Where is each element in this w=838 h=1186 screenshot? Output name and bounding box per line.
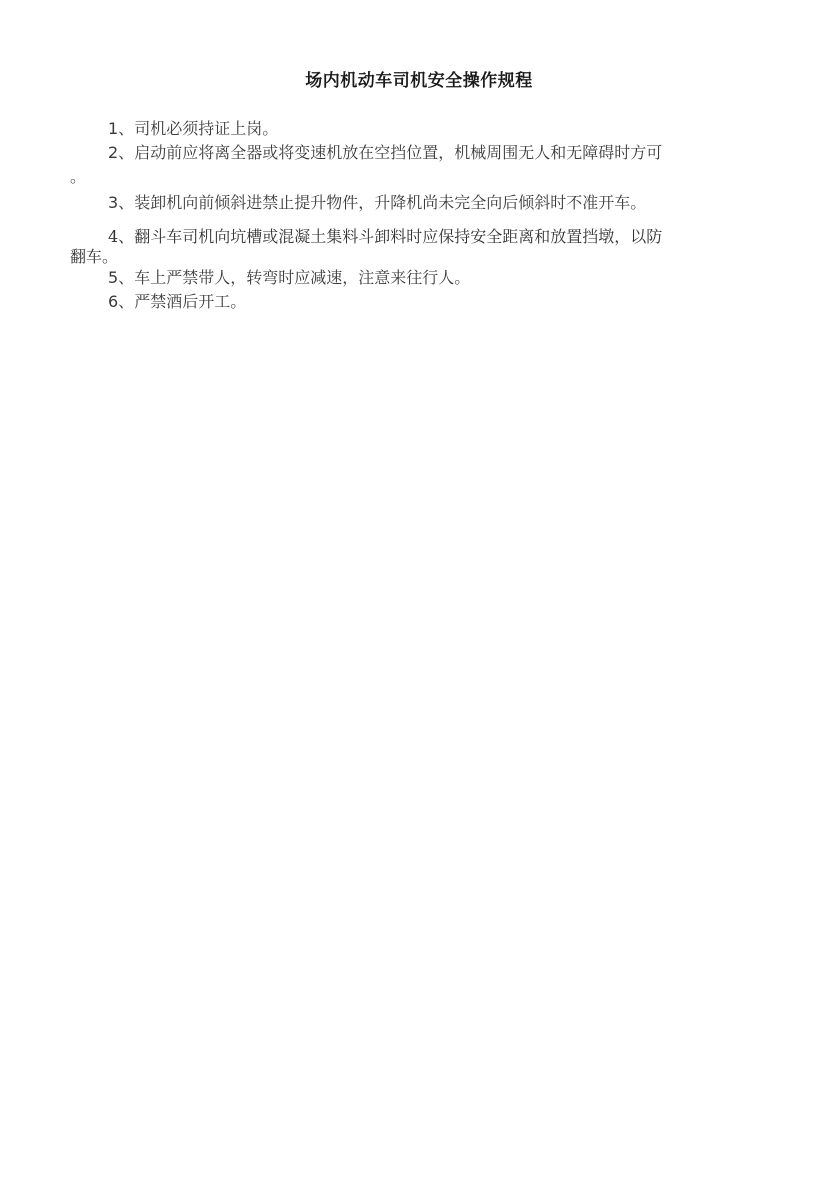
rule-number: 1、 — [108, 119, 134, 138]
rule-item-1: 1、司机必须持证上岗。 — [70, 117, 770, 141]
rule-text: 启动前应将离全器或将变速机放在空挡位置，机械周围无人和无障碍时方可 — [134, 143, 662, 162]
rule-number: 5、 — [108, 268, 134, 287]
rule-line-continuation: 翻车。 — [70, 245, 770, 267]
rule-text: 装卸机向前倾斜进禁止提升物件，升降机尚未完全向后倾斜时不准开车。 — [134, 193, 646, 212]
rule-line: 6、严禁酒后开工。 — [70, 290, 770, 314]
rule-text: 司机必须持证上岗。 — [134, 119, 278, 138]
rule-number: 4、 — [108, 227, 134, 246]
rule-item-6: 6、严禁酒后开工。 — [70, 290, 770, 314]
rule-number: 3、 — [108, 193, 134, 212]
rule-text: 严禁酒后开工。 — [134, 292, 246, 311]
rule-number: 6、 — [108, 292, 134, 311]
rule-line-continuation: 。 — [70, 165, 770, 187]
rule-item-5: 5、车上严禁带人，转弯时应减速，注意来往行人。 — [70, 266, 770, 290]
rule-line: 1、司机必须持证上岗。 — [70, 117, 770, 141]
document-page: 场内机动车司机安全操作规程 1、司机必须持证上岗。 2、启动前应将离全器或将变速… — [0, 0, 838, 1186]
rule-line: 5、车上严禁带人，转弯时应减速，注意来往行人。 — [70, 266, 770, 290]
rule-text: 车上严禁带人，转弯时应减速，注意来往行人。 — [134, 268, 470, 287]
rule-item-4: 4、翻斗车司机向坑槽或混凝土集料斗卸料时应保持安全距离和放置挡墩，以防 翻车。 — [70, 225, 770, 267]
rule-text: 翻斗车司机向坑槽或混凝土集料斗卸料时应保持安全距离和放置挡墩，以防 — [134, 227, 662, 246]
document-title: 场内机动车司机安全操作规程 — [0, 69, 838, 93]
rule-line: 3、装卸机向前倾斜进禁止提升物件，升降机尚未完全向后倾斜时不准开车。 — [70, 191, 770, 215]
rule-item-2: 2、启动前应将离全器或将变速机放在空挡位置，机械周围无人和无障碍时方可 。 — [70, 141, 770, 187]
rule-item-3: 3、装卸机向前倾斜进禁止提升物件，升降机尚未完全向后倾斜时不准开车。 — [70, 191, 770, 215]
rule-line: 4、翻斗车司机向坑槽或混凝土集料斗卸料时应保持安全距离和放置挡墩，以防 — [70, 225, 770, 245]
rule-line: 2、启动前应将离全器或将变速机放在空挡位置，机械周围无人和无障碍时方可 — [70, 141, 770, 165]
rule-number: 2、 — [108, 143, 134, 162]
